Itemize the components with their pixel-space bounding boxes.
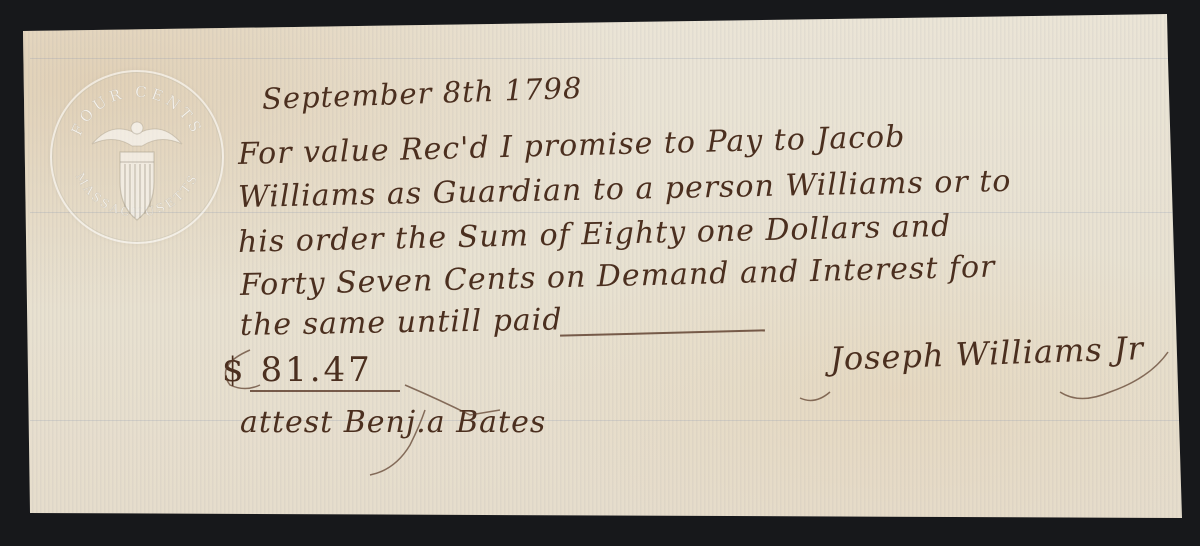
fold-line [30, 420, 1180, 421]
body-line-2: Williams as Guardian to a person William… [238, 164, 1012, 215]
paper-sheet: FOUR CENTS MASSACHUSETTS September 8th 1… [0, 0, 1200, 546]
body-line-5: the same untill paid [240, 302, 563, 343]
amount-underline [250, 390, 400, 392]
attestation: attest Benj.a Bates [240, 405, 546, 440]
line-end-stroke [560, 329, 765, 336]
signature: Joseph Williams Jr [829, 329, 1144, 378]
embossed-stamp: FOUR CENTS MASSACHUSETTS [50, 70, 224, 244]
eagle-shield-icon: FOUR CENTS MASSACHUSETTS [52, 72, 222, 242]
date-line: September 8th 1798 [261, 71, 583, 116]
body-line-1: For value Rec'd I promise to Pay to Jaco… [238, 120, 906, 172]
body-line-4: Forty Seven Cents on Demand and Interest… [240, 250, 996, 303]
fold-line [30, 58, 1180, 59]
amount: $ 81.47 [222, 350, 373, 390]
